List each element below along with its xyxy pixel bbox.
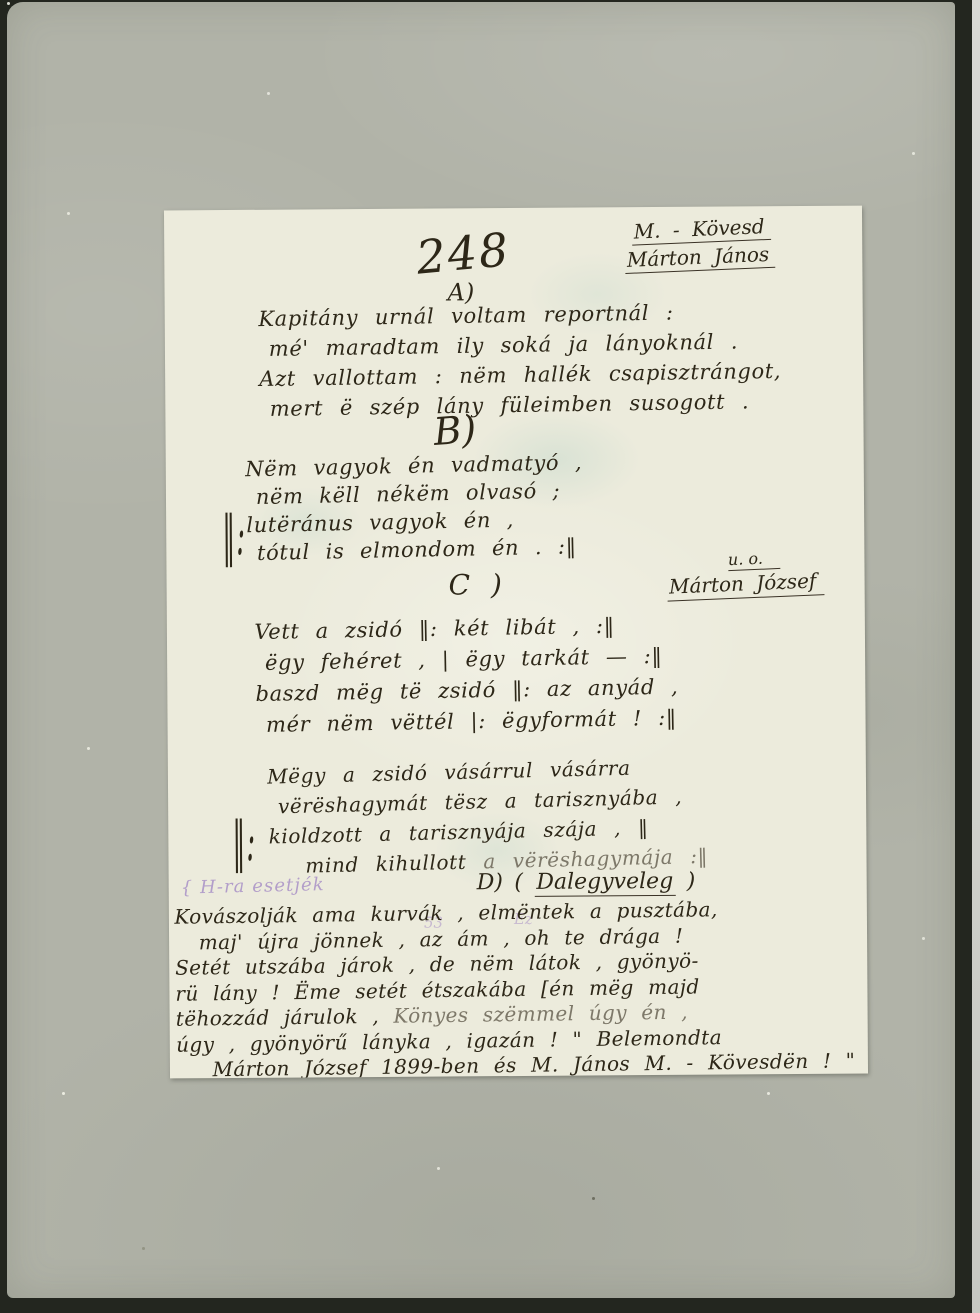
- attribution-note: u. o.: [728, 548, 781, 571]
- stanza-a: Kapitány urnál voltam reportnál : mé' ma…: [258, 296, 782, 424]
- place-name: M. - Kövesd: [631, 214, 771, 246]
- collector-name: Márton János: [624, 242, 775, 274]
- verse-line: tótul is elmondom én . :‖: [257, 532, 585, 567]
- stanza-b: Nëm vagyok én vadmatyó , nëm këll nékëm …: [245, 448, 584, 567]
- section-d-title: Dalegyveleg: [534, 869, 675, 897]
- header-attribution: M. - Kövesd Márton János: [631, 214, 776, 274]
- stanza-c2: Mëgy a zsidó vásárrul vásárra vërëshagym…: [267, 751, 709, 882]
- section-d-text: Kovászolják ama kurvák , elmëntek a pusz…: [174, 895, 855, 1078]
- section-label-c: C ): [448, 568, 507, 601]
- verse-line-dark: mind kihullott: [305, 850, 467, 878]
- section-label-d: D) ( Dalegyveleg ): [477, 869, 696, 896]
- singer-name: Márton József: [666, 567, 824, 602]
- repeat-mark: ‖:: [222, 506, 246, 569]
- section-letter: D): [477, 870, 503, 895]
- photo-edge-strip: [972, 0, 980, 1313]
- title-close-paren: ): [687, 869, 696, 894]
- verse-line: mér nëm vëttél |: ëgyformát ! :‖: [266, 703, 679, 741]
- title-open-paren: (: [514, 870, 523, 895]
- verse-line-faded: Könyes szëmmel úgy én ,: [393, 1000, 688, 1028]
- verse-line-dark: tëhozzád járulok ,: [176, 1004, 380, 1031]
- section-label-b: B): [432, 407, 478, 454]
- section-c-attribution: u. o. Márton József: [666, 546, 825, 602]
- stanza-c1: Vett a zsidó ‖: két libát , :‖ ëgy fehér…: [254, 610, 679, 741]
- page-number: 248: [414, 222, 512, 285]
- board-speckles: [7, 2, 10, 5]
- manuscript-page: 248 M. - Kövesd Márton János A) Kapitány…: [164, 206, 868, 1079]
- pencil-margin-note: { H-ra esetjék: [180, 874, 325, 899]
- repeat-mark: ‖:: [232, 812, 256, 875]
